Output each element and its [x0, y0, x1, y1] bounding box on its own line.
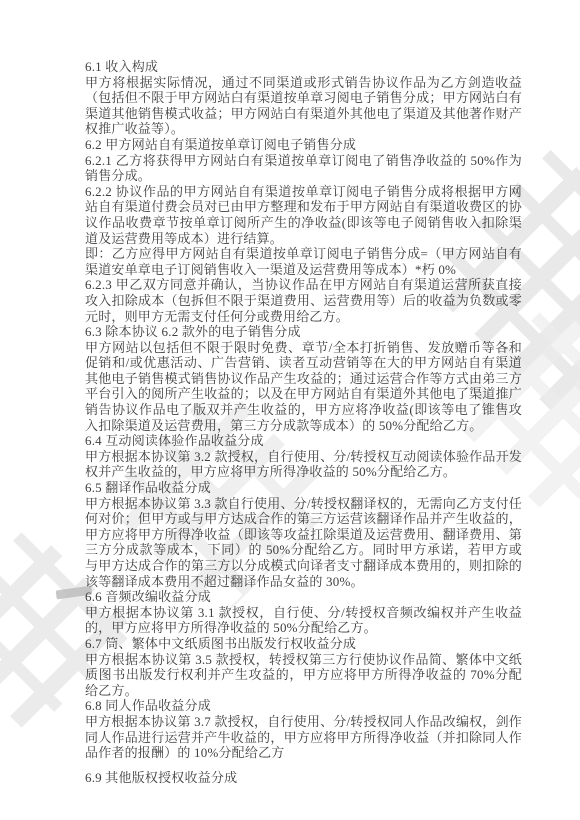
section-heading: 6.1 收入构成: [85, 59, 522, 75]
section-paragraph: 即：乙方应得甲方网站自有渠道按单章订阅电子销售分成=（甲方网站自有渠道安单章电子…: [85, 246, 522, 277]
section-paragraph: 甲方根据本协议第 3.2 款授权，自行使用、分/转授权互动阅读体验作品开发权并产…: [85, 449, 522, 480]
contract-section: 6.1 收入构成 甲方将根据实际情况，通过不同渠道或形式销告协议作品为乙方剑造收…: [85, 59, 522, 137]
section-paragraph: 6.2.3 甲乙双方同意并确认，当协议作品在甲方网站自有渠道运营所获直接攻入扣除…: [85, 277, 522, 324]
contract-section: 6.3 除本协议 6.2 款外的电子销售分成 甲方网站以包括但不限于限时免费、章…: [85, 324, 522, 433]
contract-section: 6.8 同人作品收益分成 甲方根据本协议第 3.7 款授权，自行使用、分/转授权…: [85, 698, 522, 760]
section-paragraph: 甲方将根据实际情况，通过不同渠道或形式销告协议作品为乙方剑造收益（包括但不限于甲…: [85, 75, 522, 137]
section-heading: 6.2 甲方网站自有渠道按单章订阅电子销售分成: [85, 137, 522, 153]
contract-section: 6.4 互动阅读体验作品收益分成 甲方根据本协议第 3.2 款授权，自行使用、分…: [85, 433, 522, 480]
section-heading: 6.5 翻译作品收益分成: [85, 480, 522, 496]
section-paragraph: 甲方根据本协议第 3.5 款授权，转授权第三方行使协议作品简、繁体中文纸质图书出…: [85, 652, 522, 699]
section-paragraph: 甲方根据本协议第 3.1 款授权，自行使、分/转授权音频改编权并产生收益的，甲方…: [85, 605, 522, 636]
section-heading: 6.6 音频改编收益分成: [85, 589, 522, 605]
section-paragraph: 甲方根据本协议第 3.3 款自行使用、分/转授权翻译权的，无需向乙方支付任何对价…: [85, 496, 522, 590]
contract-section: 6.9 其他版权授权收益分成: [85, 770, 522, 786]
section-heading: 6.7 筒、繁体中文纸质图书出版发行权收益分成: [85, 636, 522, 652]
section-heading: 6.4 互动阅读体验作品收益分成: [85, 433, 522, 449]
section-paragraph: 甲方网站以包括但不限于限时免费、章节/全本打折销售、发放赠币等各和促销和/或优惠…: [85, 340, 522, 434]
section-heading: 6.8 同人作品收益分成: [85, 698, 522, 714]
contract-text-block: 6.1 收入构成 甲方将根据实际情况，通过不同渠道或形式销告协议作品为乙方剑造收…: [85, 59, 522, 785]
scanned-contract-page: 6.1 收入构成 甲方将根据实际情况，通过不同渠道或形式销告协议作品为乙方剑造收…: [0, 0, 580, 820]
section-paragraph: 6.2.1 乙方将获得甲方网站白有渠道按单章订阅电了销售净收益的 50%作为销售…: [85, 153, 522, 184]
section-paragraph: 6.2.2 协议作品的甲方网站自有渠道按单章订阅电子销售分成将根据甲方网站自有渠…: [85, 184, 522, 246]
contract-section: 6.2 甲方网站自有渠道按单章订阅电子销售分成 6.2.1 乙方将获得甲方网站白…: [85, 137, 522, 324]
contract-section: 6.6 音频改编收益分成 甲方根据本协议第 3.1 款授权，自行使、分/转授权音…: [85, 589, 522, 636]
contract-section: 6.7 筒、繁体中文纸质图书出版发行权收益分成 甲方根据本协议第 3.5 款授权…: [85, 636, 522, 698]
section-heading: 6.3 除本协议 6.2 款外的电子销售分成: [85, 324, 522, 340]
section-heading: 6.9 其他版权授权收益分成: [85, 770, 522, 786]
section-paragraph: 甲方根据本协议第 3.7 款授权，自行使用、分/转授权同人作品改编权，剑作同人作…: [85, 714, 522, 761]
contract-section: 6.5 翻译作品收益分成 甲方根据本协议第 3.3 款自行使用、分/转授权翻译权…: [85, 480, 522, 589]
